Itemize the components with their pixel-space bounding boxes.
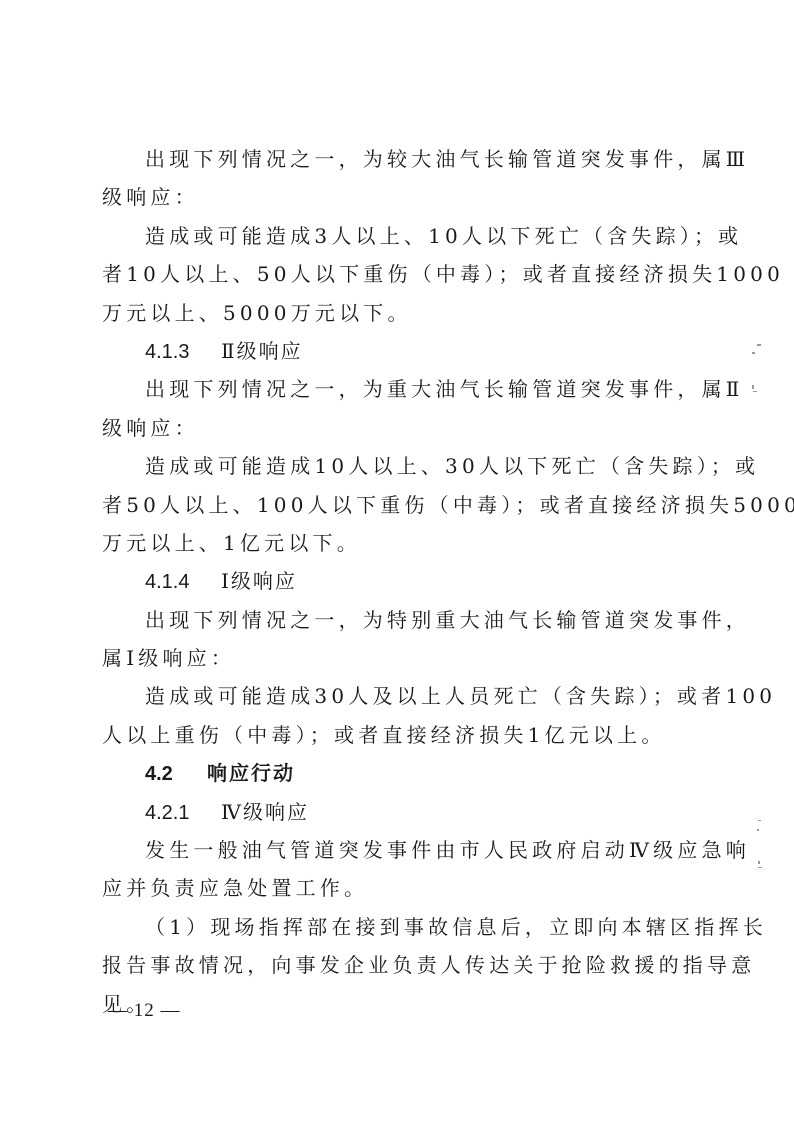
paragraph-line: 出现下列情况之一，为重大油气长输管道突发事件，属Ⅱ: [102, 370, 686, 408]
paragraph-line: 级响应：: [102, 178, 686, 216]
paragraph-line: 造成或可能造成3人以上、10人以下死亡（含失踪）；或: [102, 217, 686, 255]
scan-artifact: [757, 344, 761, 346]
section-heading-4-2-1: 4.2.1Ⅳ级响应: [102, 793, 686, 831]
section-number: 4.2: [145, 755, 207, 793]
scan-artifact: [758, 861, 760, 864]
section-title: Ⅰ级响应: [221, 569, 297, 593]
paragraph-line: 造成或可能造成10人以上、30人以下死亡（含失踪）；或: [102, 447, 686, 485]
paragraph-line: 属Ⅰ级响应：: [102, 639, 686, 677]
section-number: 4.2.1: [145, 794, 221, 832]
section-number: 4.1.4: [145, 563, 221, 601]
scan-artifact: [757, 829, 759, 831]
paragraph-line: （1）现场指挥部在接到事故信息后，立即向本辖区指挥长: [102, 908, 686, 946]
scan-artifact: [752, 385, 754, 389]
section-title: Ⅱ级响应: [221, 339, 303, 363]
paragraph-line: 应并负责应急处置工作。: [102, 869, 686, 907]
paragraph-line: 人以上重伤（中毒）；或者直接经济损失1亿元以上。: [102, 716, 686, 754]
paragraph-line: 者10人以上、50人以下重伤（中毒）；或者直接经济损失1000: [102, 255, 686, 293]
scan-artifact: [752, 352, 755, 354]
scan-artifact: [753, 391, 757, 392]
paragraph-line: 出现下列情况之一，为特别重大油气长输管道突发事件，: [102, 601, 686, 639]
section-number: 4.1.3: [145, 333, 221, 371]
page-number: — 12 —: [108, 1000, 181, 1022]
paragraph-line: 级响应：: [102, 409, 686, 447]
paragraph-line: 出现下列情况之一，为较大油气长输管道突发事件，属Ⅲ: [102, 140, 686, 178]
scan-artifact: [758, 867, 762, 868]
section-heading-4-2: 4.2响应行动: [102, 754, 686, 792]
section-title: Ⅳ级响应: [221, 800, 309, 824]
paragraph-line: 万元以上、5000万元以下。: [102, 294, 686, 332]
section-heading-4-1-3: 4.1.3Ⅱ级响应: [102, 332, 686, 370]
document-page: 出现下列情况之一，为较大油气长输管道突发事件，属Ⅲ 级响应： 造成或可能造成3人…: [102, 140, 686, 1023]
section-title: 响应行动: [207, 761, 295, 785]
paragraph-line: 报告事故情况，向事发企业负责人传达关于抢险救援的指导意: [102, 946, 686, 984]
paragraph-line: 造成或可能造成30人及以上人员死亡（含失踪）；或者100: [102, 677, 686, 715]
section-heading-4-1-4: 4.1.4Ⅰ级响应: [102, 562, 686, 600]
paragraph-line: 万元以上、1亿元以下。: [102, 524, 686, 562]
paragraph-line: 者50人以上、100人以下重伤（中毒）；或者直接经济损失5000: [102, 486, 686, 524]
paragraph-line: 发生一般油气管道突发事件由市人民政府启动Ⅳ级应急响: [102, 831, 686, 869]
scan-artifact: [758, 820, 761, 821]
paragraph-line: 见。: [102, 985, 686, 1023]
